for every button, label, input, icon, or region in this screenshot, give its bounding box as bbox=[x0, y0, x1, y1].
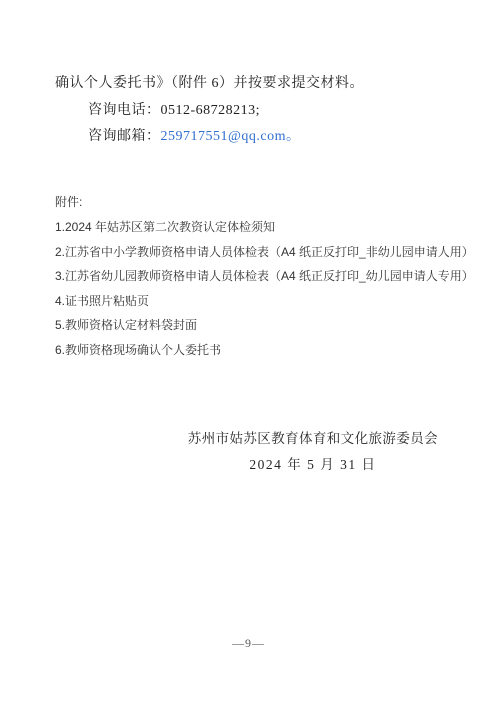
attachment-item: 5.教师资格认定材料袋封面 bbox=[55, 319, 474, 332]
attachment-item: 2.江苏省中小学教师资格申请人员体检表（A4 纸正反打印_非幼儿园申请人用） bbox=[55, 246, 474, 259]
contact-phone-line: 咨询电话：0512-68728213; bbox=[88, 103, 260, 118]
attachment-item: 4.证书照片粘贴页 bbox=[55, 295, 474, 308]
attachment-item: 3.江苏省幼儿园教师资格申请人员体检表（A4 纸正反打印_幼儿园申请人专用） bbox=[55, 270, 474, 283]
email-label: 咨询邮箱： bbox=[88, 129, 161, 144]
attachment-item: 6.教师资格现场确认个人委托书 bbox=[55, 344, 474, 357]
contact-email-line: 咨询邮箱：259717551@qq.com。 bbox=[88, 129, 301, 144]
attachments-heading: 附件: bbox=[55, 196, 474, 209]
signature-date: 2024 年 5 月 31 日 bbox=[188, 457, 438, 472]
body-closing-line: 确认个人委托书》（附件 6）并按要求提交材料。 bbox=[55, 76, 364, 91]
phone-value: 0512-68728213; bbox=[161, 103, 261, 118]
email-link[interactable]: 259717551@qq.com。 bbox=[161, 129, 301, 144]
signature-block: 苏州市姑苏区教育体育和文化旅游委员会 2024 年 5 月 31 日 bbox=[188, 431, 438, 472]
attachment-item: 1.2024 年姑苏区第二次教资认定体检须知 bbox=[55, 221, 474, 234]
page-number: —9— bbox=[0, 636, 497, 651]
signature-organization: 苏州市姑苏区教育体育和文化旅游委员会 bbox=[188, 431, 438, 446]
attachments-list: 附件: 1.2024 年姑苏区第二次教资认定体检须知 2.江苏省中小学教师资格申… bbox=[55, 196, 474, 368]
document-page: 确认个人委托书》（附件 6）并按要求提交材料。 咨询电话：0512-687282… bbox=[0, 0, 497, 704]
phone-label: 咨询电话： bbox=[88, 103, 161, 118]
